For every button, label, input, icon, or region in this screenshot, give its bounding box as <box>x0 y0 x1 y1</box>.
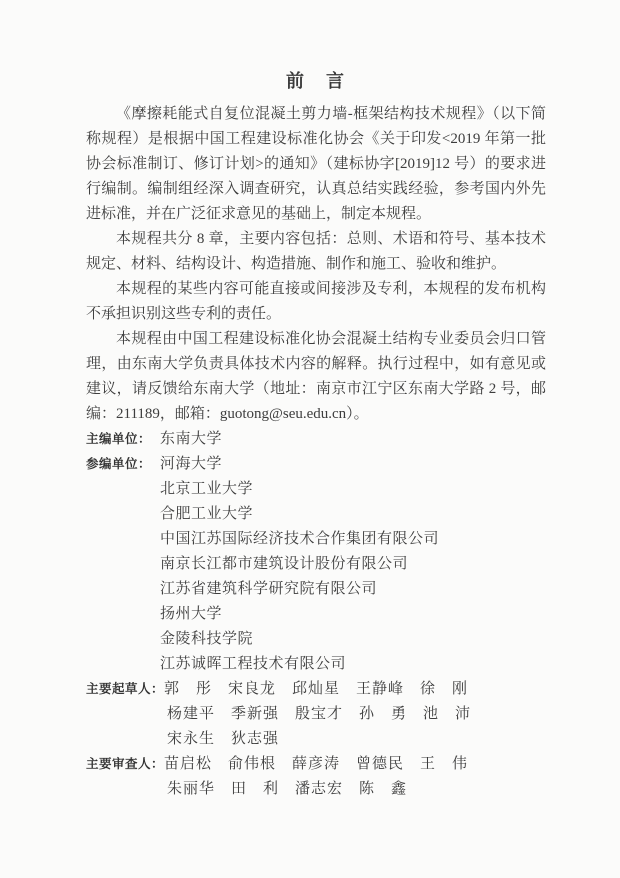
participating-unit: 金陵科技学院 <box>160 627 546 652</box>
chief-editor-label: 主编单位： <box>86 427 160 452</box>
participating-units-row: 南京长江都市建筑设计股份有限公司 <box>86 552 546 577</box>
participating-unit: 南京长江都市建筑设计股份有限公司 <box>160 552 546 577</box>
page-title: 前 言 <box>86 68 546 94</box>
drafters-label: 主要起草人： <box>86 677 164 702</box>
reviewers-row: 朱丽华 田 利 潘志宏 陈 鑫 <box>86 777 546 802</box>
participating-unit: 江苏诚晖工程技术有限公司 <box>160 652 546 677</box>
participating-unit: 江苏省建筑科学研究院有限公司 <box>160 577 546 602</box>
document-page: 前 言 《摩擦耗能式自复位混凝土剪力墙-框架结构技术规程》（以下简称规程）是根据… <box>0 0 620 878</box>
paragraph-chapters: 本规程共分 8 章，主要内容包括：总则、术语和符号、基本技术规定、材料、结构设计… <box>86 227 546 277</box>
paragraph-intro: 《摩擦耗能式自复位混凝土剪力墙-框架结构技术规程》（以下简称规程）是根据中国工程… <box>86 102 546 227</box>
participating-units-row: 中国江苏国际经济技术合作集团有限公司 <box>86 527 546 552</box>
participating-units-row: 江苏省建筑科学研究院有限公司 <box>86 577 546 602</box>
participating-units-row: 参编单位： 河海大学 <box>86 452 546 477</box>
participating-units-row: 江苏诚晖工程技术有限公司 <box>86 652 546 677</box>
participating-units-row: 金陵科技学院 <box>86 627 546 652</box>
drafters-names: 杨建平 季新强 殷宝才 孙 勇 池 沛 <box>160 702 546 727</box>
chief-editor-value: 东南大学 <box>160 427 546 452</box>
paragraph-contact: 本规程由中国工程建设标准化协会混凝土结构专业委员会归口管理，由东南大学负责具体技… <box>86 327 546 427</box>
participating-unit: 合肥工业大学 <box>160 502 546 527</box>
paragraph-patent: 本规程的某些内容可能直接或间接涉及专利，本规程的发布机构不承担识别这些专利的责任… <box>86 277 546 327</box>
participating-unit: 河海大学 <box>160 452 546 477</box>
participating-units-row: 合肥工业大学 <box>86 502 546 527</box>
chief-editor-row: 主编单位： 东南大学 <box>86 427 546 452</box>
drafters-row: 主要起草人： 郭 彤 宋良龙 邱灿星 王静峰 徐 刚 <box>86 677 546 702</box>
drafters-row: 杨建平 季新强 殷宝才 孙 勇 池 沛 <box>86 702 546 727</box>
participating-unit: 中国江苏国际经济技术合作集团有限公司 <box>160 527 546 552</box>
reviewers-names: 朱丽华 田 利 潘志宏 陈 鑫 <box>160 777 546 802</box>
participating-unit: 北京工业大学 <box>160 477 546 502</box>
drafters-row: 宋永生 狄志强 <box>86 727 546 752</box>
participating-units-row: 扬州大学 <box>86 602 546 627</box>
participating-unit: 扬州大学 <box>160 602 546 627</box>
participating-units-row: 北京工业大学 <box>86 477 546 502</box>
drafters-names: 宋永生 狄志强 <box>160 727 546 752</box>
reviewers-names: 苗启松 俞伟根 薛彦涛 曾德民 王 伟 <box>164 752 546 777</box>
reviewers-row: 主要审查人： 苗启松 俞伟根 薛彦涛 曾德民 王 伟 <box>86 752 546 777</box>
drafters-names: 郭 彤 宋良龙 邱灿星 王静峰 徐 刚 <box>164 677 546 702</box>
participating-units-label: 参编单位： <box>86 452 160 477</box>
reviewers-label: 主要审查人： <box>86 752 164 777</box>
